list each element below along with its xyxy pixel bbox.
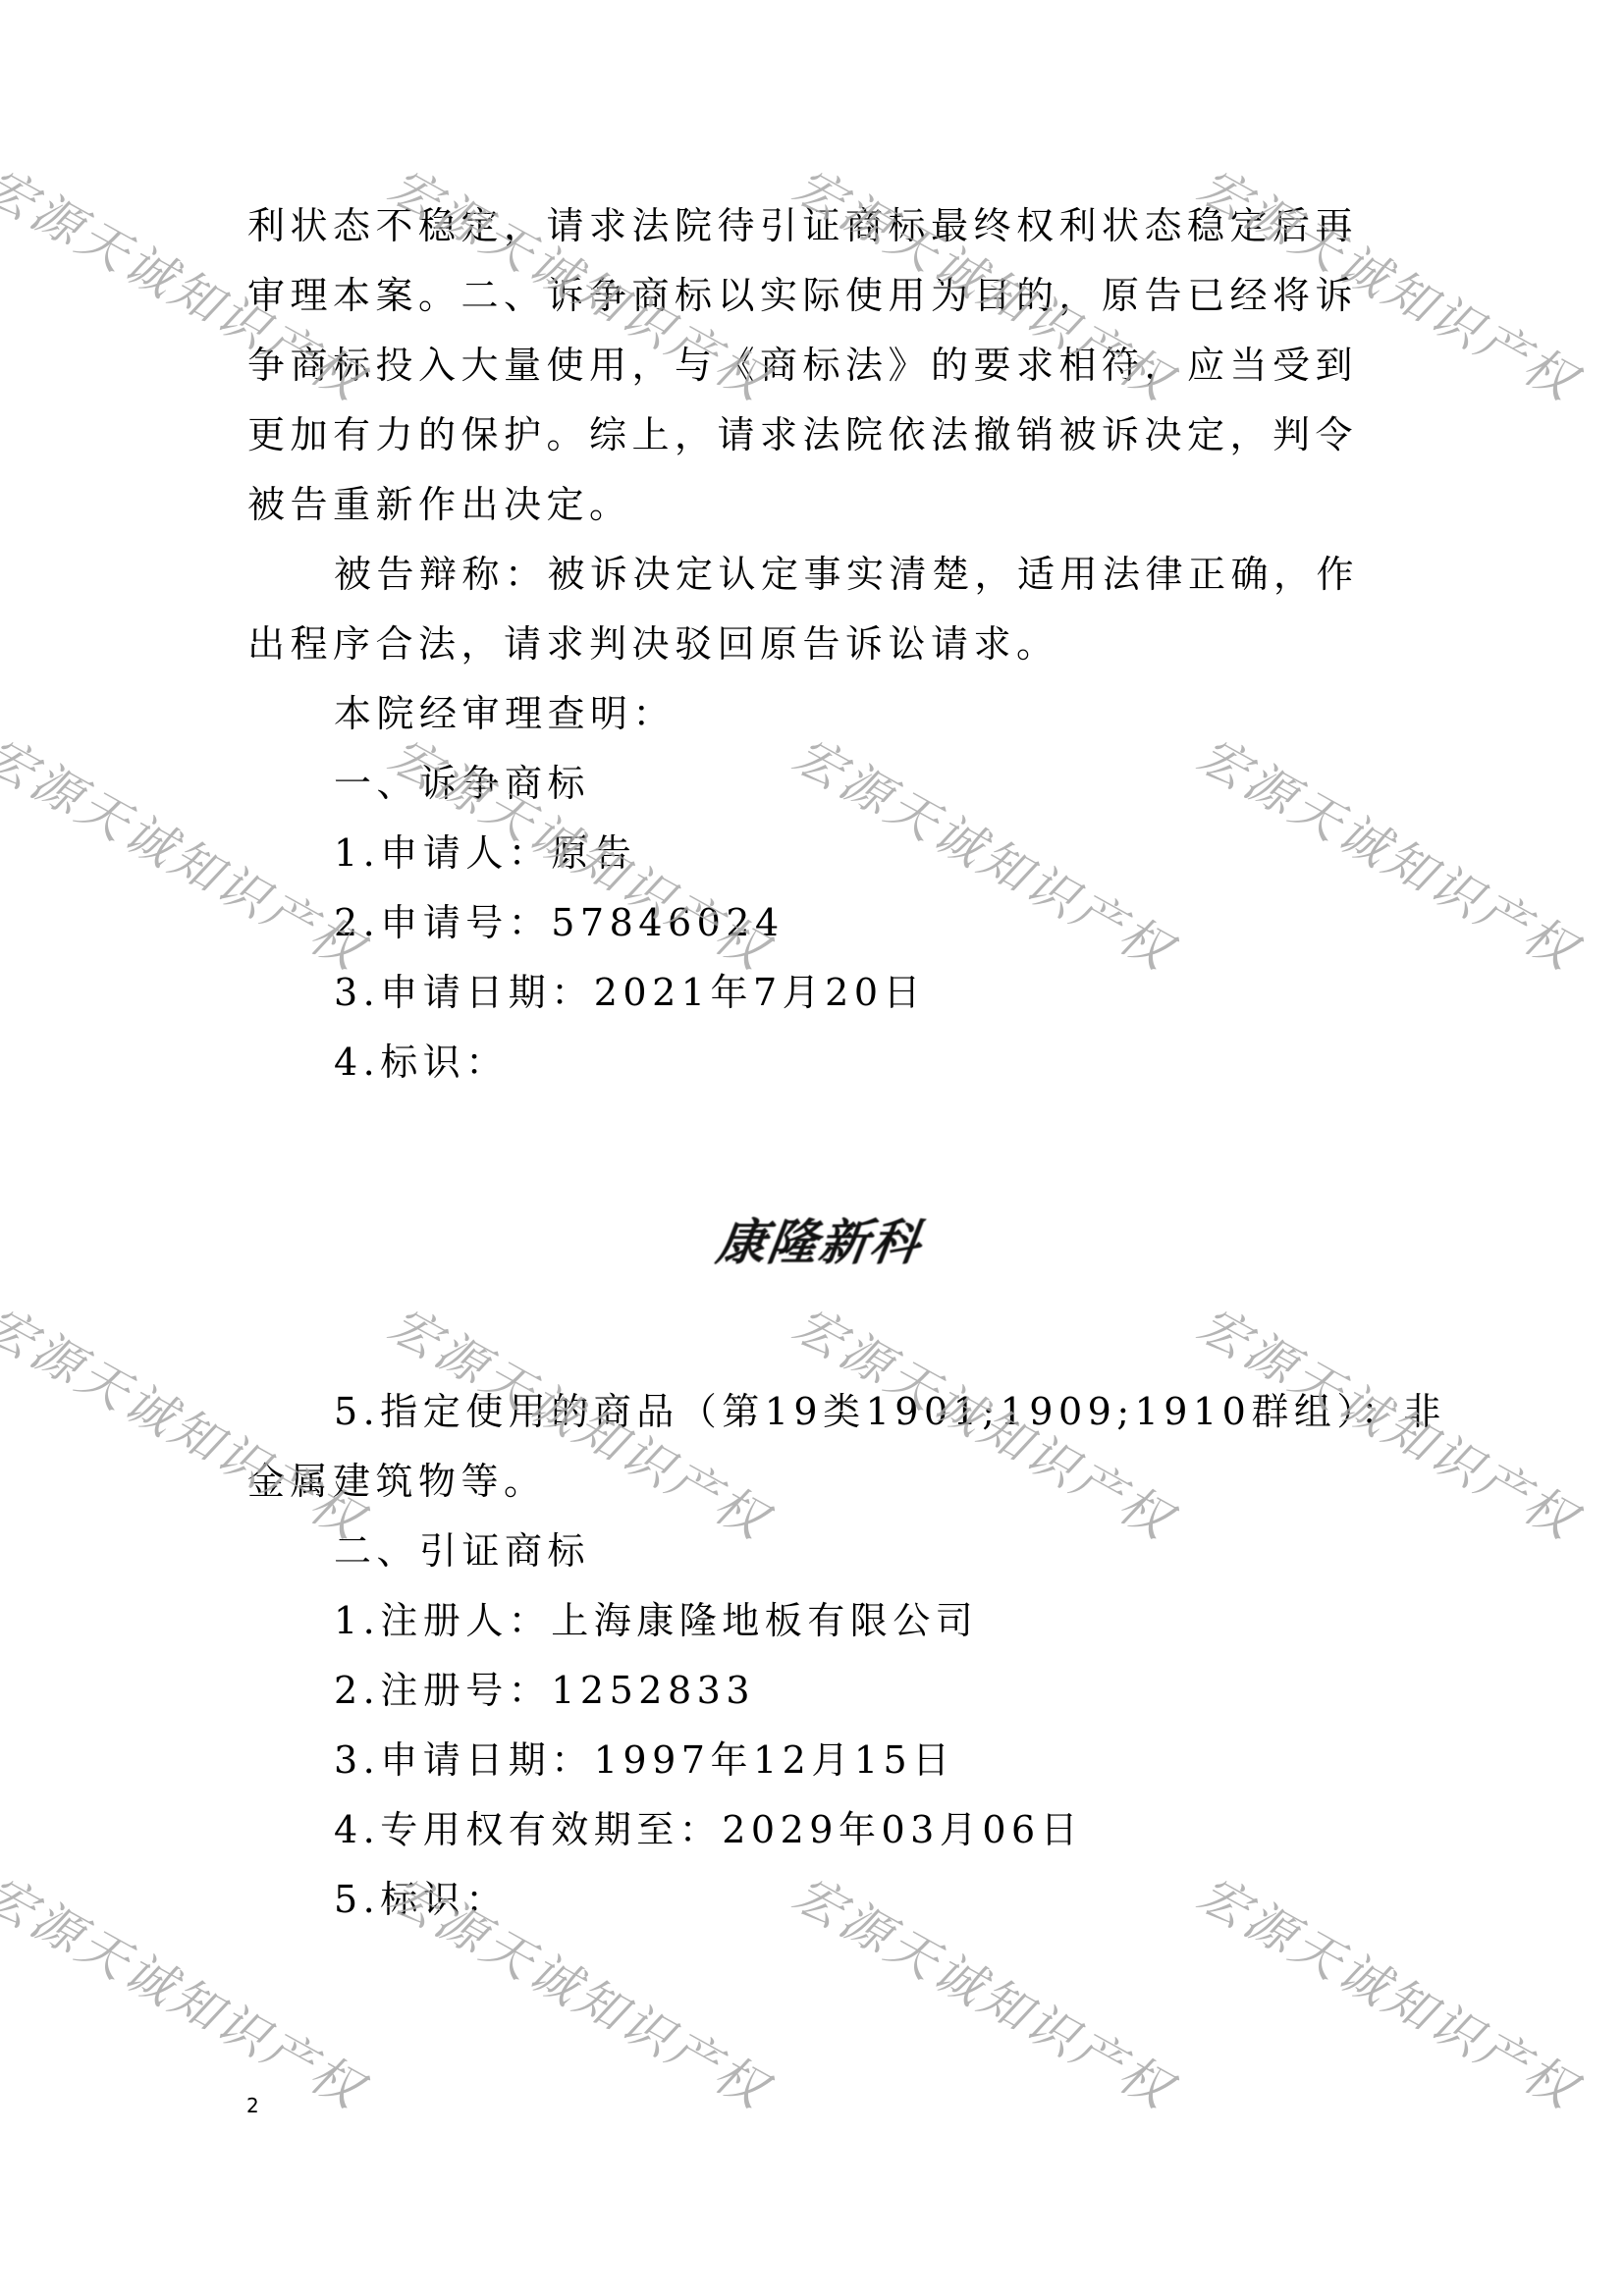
cited-application-date-field: 3.申请日期：1997年12月15日 bbox=[334, 1735, 955, 1785]
application-date-field: 3.申请日期：2021年7月20日 bbox=[334, 968, 926, 1017]
paragraph-line: 争商标投入大量使用，与《商标法》的要求相符，应当受到 bbox=[247, 341, 1358, 390]
exclusive-right-validity-field: 4.专用权有效期至：2029年03月06日 bbox=[334, 1805, 1083, 1854]
defendant-argument-line: 出程序合法，请求判决驳回原告诉讼请求。 bbox=[247, 619, 1059, 668]
application-number-field: 2.申请号：57846024 bbox=[334, 898, 785, 947]
page-number: 2 bbox=[246, 2094, 259, 2117]
paragraph-line: 利状态不稳定，请求法院待引证商标最终权利状态稳定后再 bbox=[247, 201, 1358, 250]
registration-number-field: 2.注册号：1252833 bbox=[334, 1666, 755, 1715]
section-heading-cited-mark: 二、引证商标 bbox=[334, 1526, 590, 1575]
registrant-field: 1.注册人：上海康隆地板有限公司 bbox=[334, 1596, 978, 1645]
mark-label-field: 4.标识： bbox=[334, 1038, 509, 1087]
document-page: 利状态不稳定，请求法院待引证商标最终权利状态稳定后再 审理本案。二、诉争商标以实… bbox=[0, 0, 1624, 2296]
paragraph-line: 被告重新作出决定。 bbox=[247, 480, 632, 529]
trademark-logo-text: 康隆新科 bbox=[712, 1203, 926, 1274]
applicant-field: 1.申请人：原告 bbox=[334, 828, 636, 878]
findings-heading: 本院经审理查明： bbox=[334, 689, 676, 738]
designated-goods-field: 5.指定使用的商品（第19类1901;1909;1910群组）：非 bbox=[334, 1387, 1446, 1436]
section-heading-disputed-mark: 一、诉争商标 bbox=[334, 759, 590, 808]
paragraph-line: 审理本案。二、诉争商标以实际使用为目的，原告已经将诉 bbox=[247, 271, 1358, 320]
cited-mark-label-field: 5.标识： bbox=[334, 1875, 509, 1924]
paragraph-line: 更加有力的保护。综上，请求法院依法撤销被诉决定，判令 bbox=[247, 410, 1358, 459]
designated-goods-field-continued: 金属建筑物等。 bbox=[247, 1457, 547, 1506]
defendant-argument-line: 被告辩称：被诉决定认定事实清楚，适用法律正确，作 bbox=[334, 550, 1359, 599]
disputed-trademark-image: 康隆新科 bbox=[699, 1210, 940, 1267]
